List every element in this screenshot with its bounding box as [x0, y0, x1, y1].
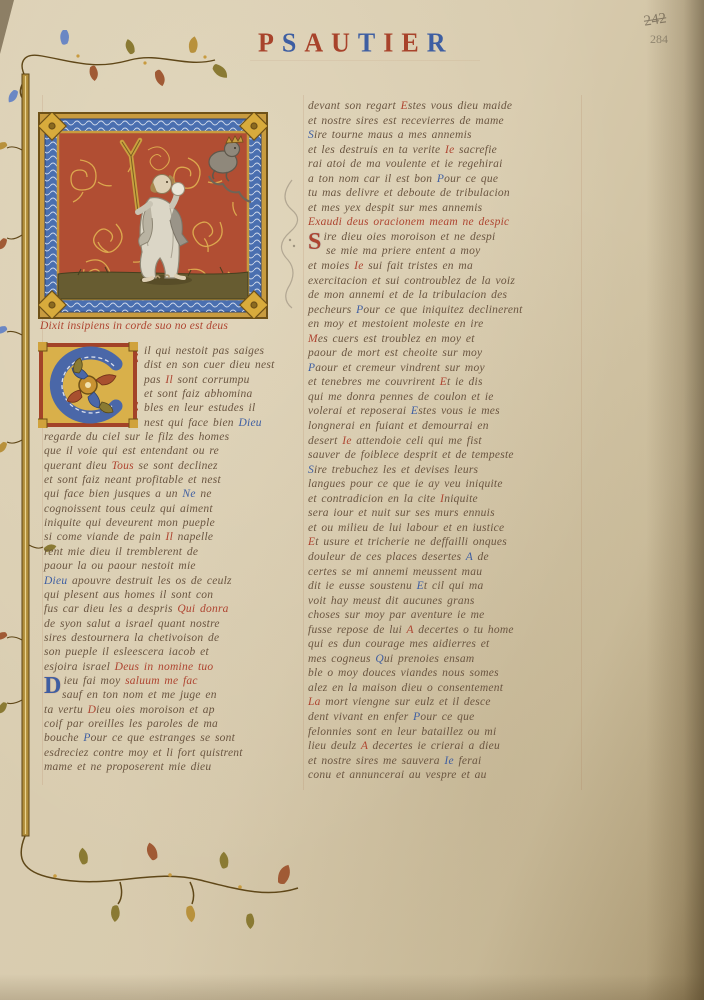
ruling-line [581, 95, 582, 790]
text-line: bles en leur estudes il [44, 401, 302, 415]
text-line: Sire trebuchez les et devises leurs [308, 463, 580, 478]
right-text-column: devant son regart Estes vous dieu maidee… [308, 99, 580, 783]
text-line: son pueple il esleescera iacob et [44, 645, 302, 659]
text-line: et sont faiz neant profitable et nest [44, 473, 302, 487]
page-edge-shadow [646, 0, 704, 1000]
text-line: qui plesent aus homes il sont con [44, 588, 302, 602]
text-line: de syon salut a israel quant nostre [44, 617, 302, 631]
text-line: iniquite qui deveurent mon pueple [44, 516, 302, 530]
text-line: il qui nestoit pas saiges [44, 344, 302, 358]
text-line: exercitacion et sui controublez de la vo… [308, 274, 580, 289]
text-line: tu mas delivre et deboute de tribulacion [308, 186, 580, 201]
text-line: La mort viengne sur eulz et il desce [308, 695, 580, 710]
text-line: que il voie qui est entendant ou re [44, 444, 302, 458]
text-line: dent vivant en enfer Pour ce que [308, 710, 580, 725]
text-line: qui me donra pennes de coulon et ie [308, 390, 580, 405]
text-line: et moies Ie sui fait tristes en ma [308, 259, 580, 274]
text-line: si come viande de pain Il napelle [44, 530, 302, 544]
text-line: rent mie dieu il tremblerent de [44, 545, 302, 559]
text-line: esdreciez contre moy et li fort quistren… [44, 746, 302, 760]
text-line: et sont faiz abhomina [44, 387, 302, 401]
text-line: esjoira israel Deus in nomine tuo [44, 660, 302, 674]
title-letter: E [401, 27, 419, 65]
text-line: et nostre sires me sauvera Ie ferai [308, 754, 580, 769]
text-line: rai atoi de ma voulente et ie regehirai [308, 157, 580, 172]
folio-number-struck: 242 [642, 10, 667, 30]
text-line: sires destournera la chetivoison de [44, 631, 302, 645]
text-line: se mie ma priere entent a moy [308, 244, 580, 259]
text-line: Sire dieu oies moroison et ne despi [308, 230, 580, 245]
text-line: cognoissent tous ceulz qui aiment [44, 502, 302, 516]
text-line: qui face bien jusques a un Ne ne [44, 487, 302, 501]
text-line: ta vertu Dieu oies moroison et ap [44, 703, 302, 717]
text-line: Mes cuers est troublez en moy et [308, 332, 580, 347]
text-line: Paour et cremeur vindrent sur moy [308, 361, 580, 376]
text-line: Et usure et tricherie ne deffailli onque… [308, 535, 580, 550]
text-line: Exaudi deus oracionem meam ne despic [308, 215, 580, 230]
fool-miniature [38, 112, 268, 319]
text-line: longnerai en fuiant et demourrai en [308, 419, 580, 434]
text-line: certes se mi annemi meussent mau [308, 565, 580, 580]
text-line: fusse repose de lui A decertes o tu home [308, 623, 580, 638]
text-line: voit hay meust dit aucunes grans [308, 594, 580, 609]
text-line: mame et ne proposerent mie dieu [44, 760, 302, 774]
text-line: Dieu fai moy saluum me fac [44, 674, 302, 688]
text-line: et les destruis en ta verite Ie sacrefie [308, 143, 580, 158]
text-line: et mes yex despit sur mes annemis [308, 201, 580, 216]
ivy-leaves-bottom [53, 842, 295, 929]
text-line: sauver de foiblece desprit et de tempest… [308, 448, 580, 463]
text-line: Sire tourne maus a mes annemis [308, 128, 580, 143]
text-line: paour la ou paour nestoit mie [44, 559, 302, 573]
text-line: volerai et reposerai Estes vous ie mes [308, 404, 580, 419]
text-line: devant son regart Estes vous dieu maide [308, 99, 580, 114]
text-line: paour de mort est cheoite sur moy [308, 346, 580, 361]
folio-number: 284 [650, 32, 668, 47]
text-line: dist en son cuer dieu nest [44, 358, 302, 372]
manuscript-page: { "page": { "kind": "Illuminated psalter… [0, 0, 704, 1000]
title-letter: T [358, 27, 376, 65]
text-line: dit ie eusse soustenu Et cil qui ma [308, 579, 580, 594]
text-line: ble o moy douces viandes nous somes [308, 666, 580, 681]
left-text-column: il qui nestoit pas saigesdist en son cue… [44, 344, 302, 774]
text-line: qui es dun courage mes aidierres et [308, 637, 580, 652]
loaf [172, 183, 185, 196]
text-line: et contradicion en la cite Iniquite [308, 492, 580, 507]
text-line: alez en la maison dieu o consentement [308, 681, 580, 696]
text-line: en moy et mestoient moleste en ire [308, 317, 580, 332]
text-line: lieu deulz A decertes ie crierai a dieu [308, 739, 580, 754]
text-line: sera iour et nuit sur ses murs ennuis [308, 506, 580, 521]
text-line: et nostre sires est recevierres de mame [308, 114, 580, 129]
text-line: et ou milieu de lui labour et en iustice [308, 521, 580, 536]
text-line: pecheurs Pour ce que iniquitez declinere… [308, 303, 580, 318]
text-line: a ton nom car il est bon Pour ce que [308, 172, 580, 187]
text-line: coif par oreilles les paroles de ma [44, 717, 302, 731]
text-line: choses sur moy par aventure ie me [308, 608, 580, 623]
text-line: de mon annemi et de la tribulacion des [308, 288, 580, 303]
title-letter: R [427, 27, 447, 65]
text-line: desert Ie attendoie celi qui me fist [308, 434, 580, 449]
text-line: conu et annuncerai au vespre et au [308, 768, 580, 783]
rubric-incipit: Dixit insipiens in corde suo no est deus [40, 320, 292, 332]
text-line: sauf en ton nom et me juge en [44, 688, 302, 702]
text-line: pas Il sont corrumpu [44, 373, 302, 387]
text-line: et tenebres me couvrirent Et ie dis [308, 375, 580, 390]
text-line: regarde du ciel sur le filz des homes [44, 430, 302, 444]
text-line: Dieu apouvre destruit les os de ceulz [44, 574, 302, 588]
text-line: nest qui face bien Dieu [44, 416, 302, 430]
text-line: fus car dieu les a despris Qui donra [44, 602, 302, 616]
ivy-leaves-top [6, 30, 228, 103]
text-line: querant dieu Tous se sont declinez [44, 459, 302, 473]
title-letter: I [383, 27, 394, 65]
text-line: bouche Pour ce que estranges se sont [44, 731, 302, 745]
text-line: felonnies sont en leur bataillez ou mi [308, 725, 580, 740]
text-line: mes cogneus Qui prenoies ensam [308, 652, 580, 667]
text-line: douleur de ces places desertes A de [308, 550, 580, 565]
text-line: langues pour ce que ie ay veu iniquite [308, 477, 580, 492]
title-letter: U [331, 27, 351, 65]
